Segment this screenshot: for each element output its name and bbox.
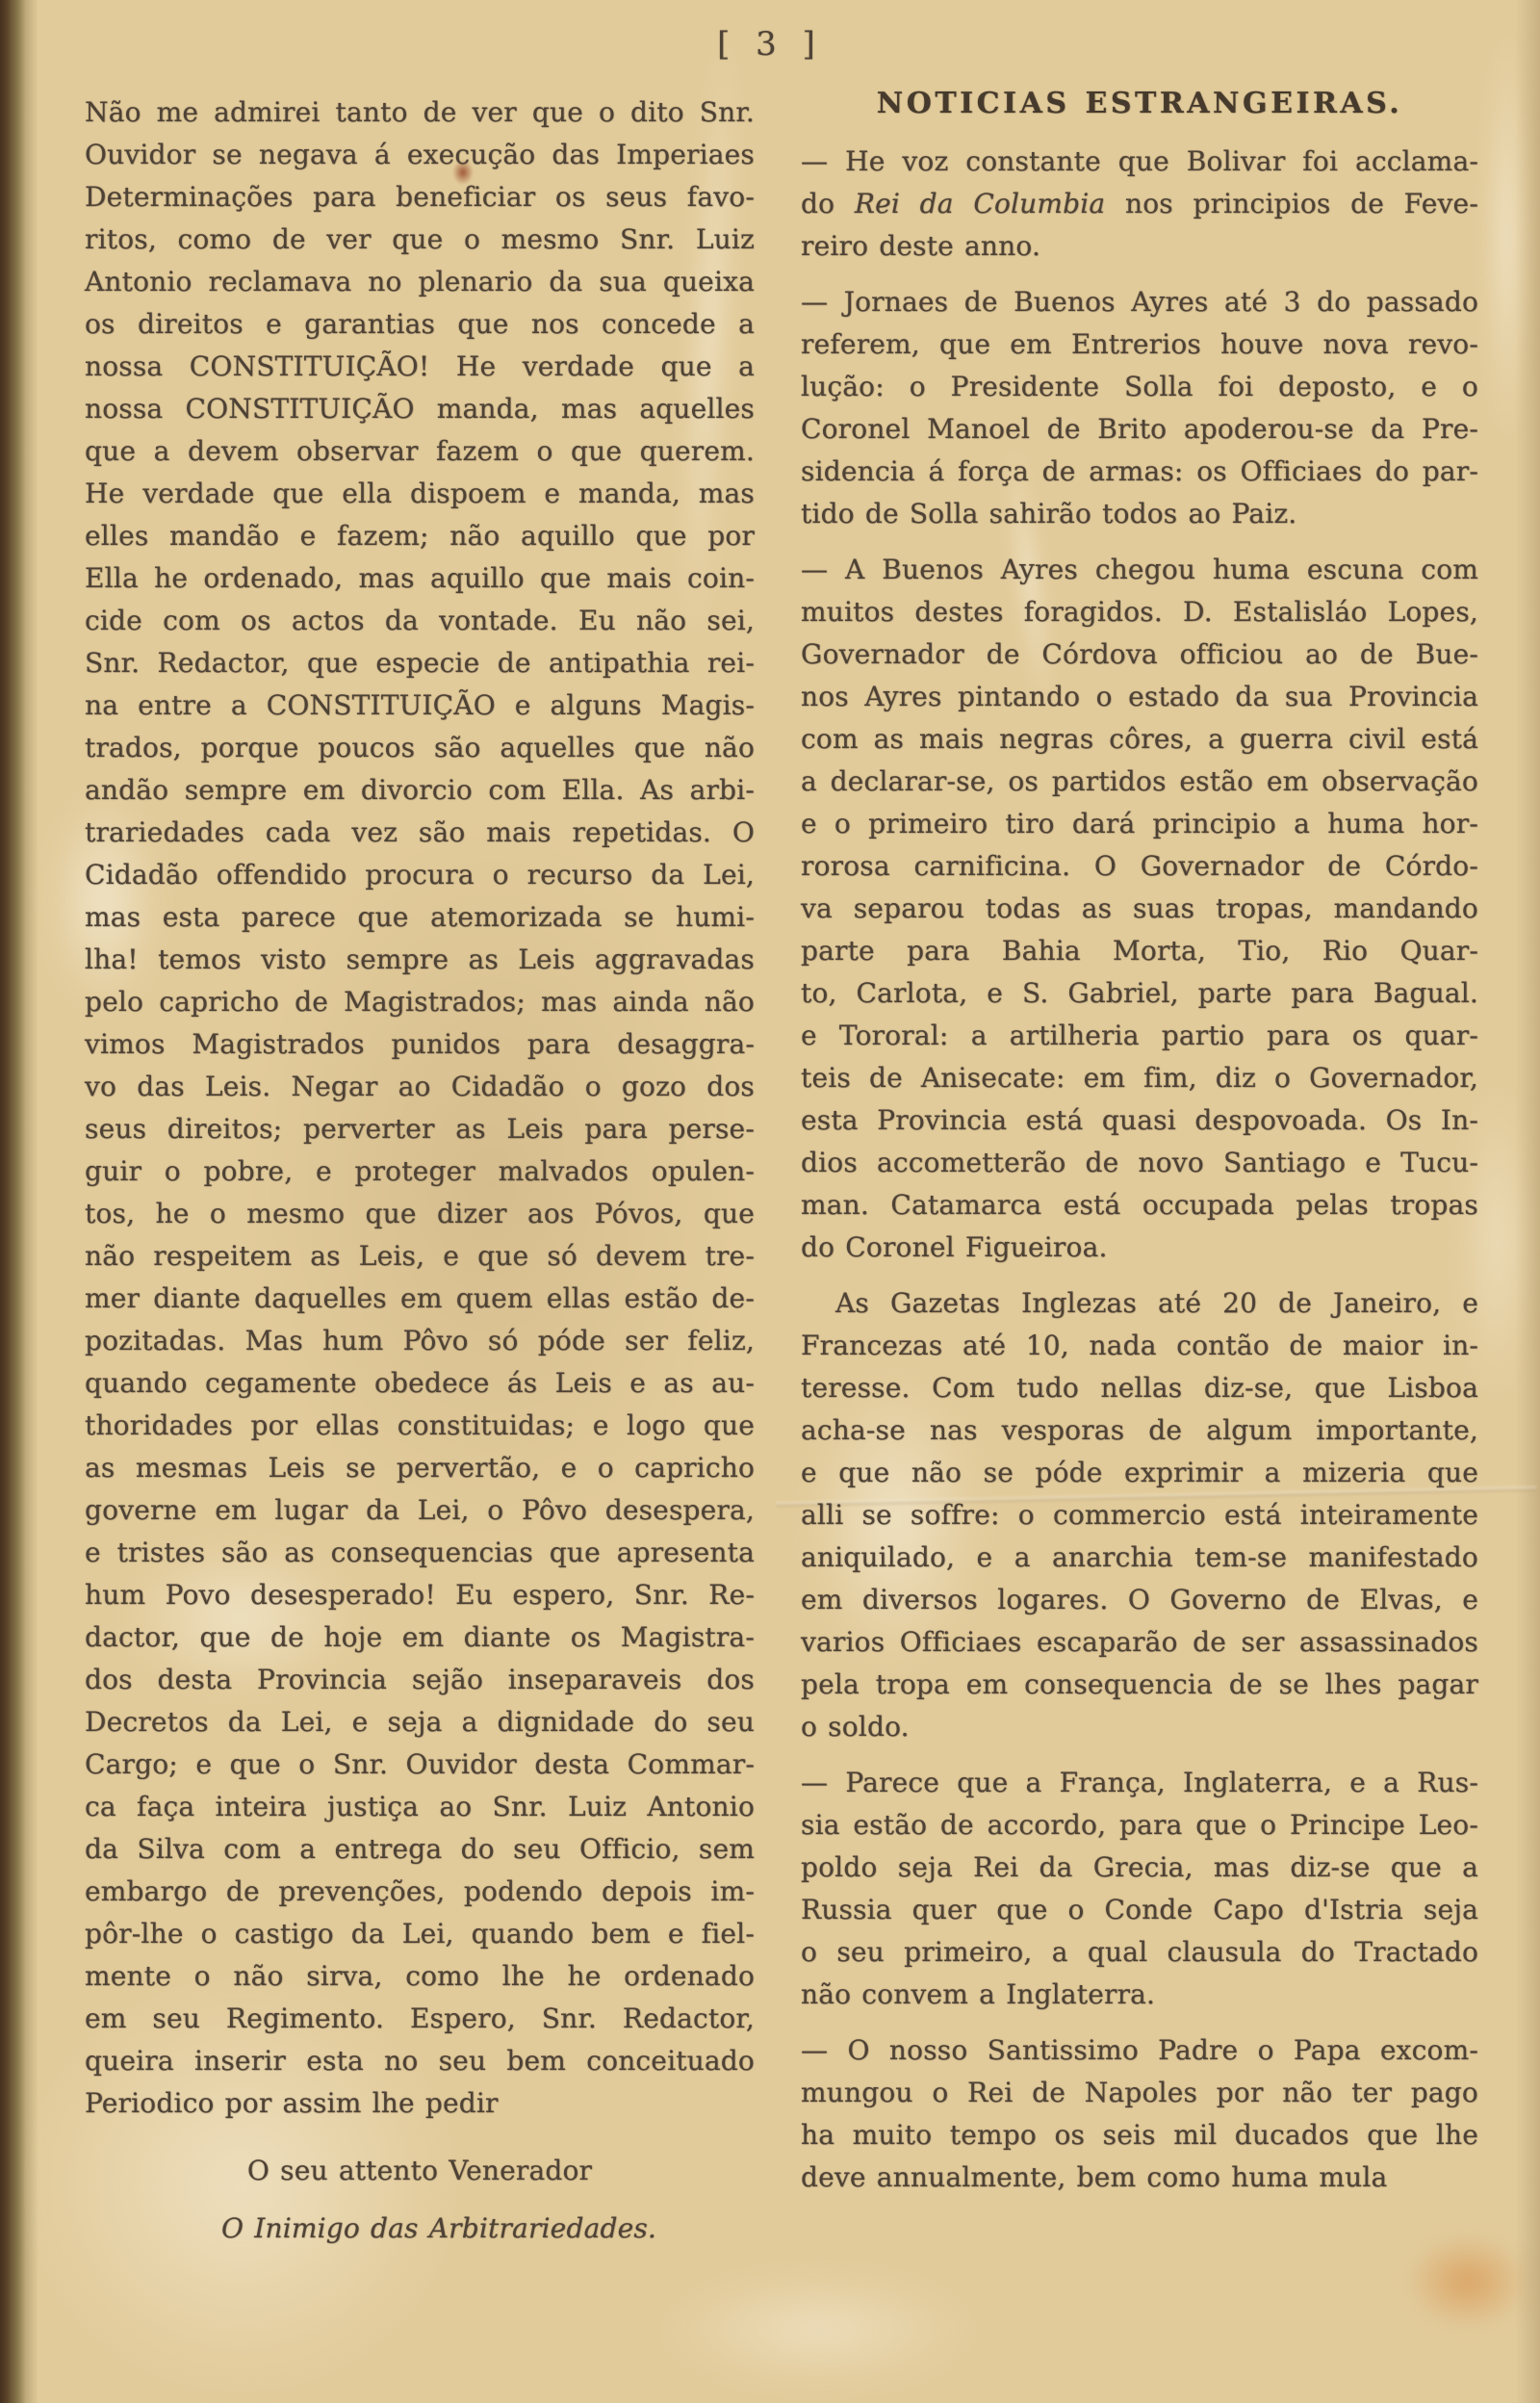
text-line: pozitadas. Mas hum Pôvo só póde ser feli… <box>85 1320 755 1362</box>
text-line: na entre a CONSTITUIÇÃO e alguns Magis- <box>85 685 755 727</box>
text-line: Francezas até 10, nada contão de maior i… <box>801 1325 1478 1367</box>
text-line: andão sempre em divorcio com Ella. As ar… <box>85 769 755 812</box>
text-line: to, Carlota, e S. Gabriel, parte para Ba… <box>801 972 1478 1015</box>
text-line: mungou o Rei de Napoles por não ter pago <box>801 2072 1478 2114</box>
text-line: elles mandão e fazem; não aquillo que po… <box>85 515 755 557</box>
text-line: com as mais negras côres, a guerra civil… <box>801 718 1478 761</box>
text-line: referem, que em Entrerios houve nova rev… <box>801 323 1478 366</box>
text-line: Determinações para beneficiar os seus fa… <box>85 176 755 219</box>
text-line: dios accometterão de novo Santiago e Tuc… <box>801 1142 1478 1184</box>
text-line: não convem a Inglaterra. <box>801 1974 1478 2016</box>
text-line: mer diante daquelles em quem ellas estão… <box>85 1278 755 1320</box>
paragraph: — Jornaes de Buenos Ayres até 3 do passa… <box>801 281 1478 535</box>
text-line: os direitos e garantias que nos concede … <box>85 303 755 346</box>
text-line: Ella he ordenado, mas aquillo que mais c… <box>85 557 755 600</box>
text-line: lução: o Presidente Solla foi deposto, e… <box>801 366 1478 408</box>
section-header: NOTICIAS ESTRANGEIRAS. <box>801 83 1478 125</box>
text-line: deve annualmente, bem como huma mula <box>801 2157 1478 2199</box>
paragraph: As Gazetas Inglezas até 20 de Janeiro, e… <box>801 1282 1478 1748</box>
text-line: poldo seja Rei da Grecia, mas diz-se que… <box>801 1847 1478 1889</box>
text-line: tido de Solla sahirão todos ao Paiz. <box>801 493 1478 535</box>
text-line: Periodico por assim lhe pedir <box>85 2082 755 2125</box>
text-line: nossa CONSTITUIÇÃO! He verdade que a <box>85 346 755 388</box>
text-line: mas esta parece que atemorizada se humi- <box>85 896 755 939</box>
text-line: que a devem observar fazem o que querem. <box>85 430 755 473</box>
book-binding-edge <box>0 0 38 2403</box>
paragraph: — O nosso Santissimo Padre o Papa excom-… <box>801 2029 1478 2199</box>
text-line: do Coronel Figueiroa. <box>801 1227 1478 1269</box>
text-line: da Silva com a entrega do seu Officio, s… <box>85 1828 755 1871</box>
text-line: teresse. Com tudo nellas diz-se, que Lis… <box>801 1367 1478 1409</box>
text-line: man. Catamarca está occupada pelas tropa… <box>801 1184 1478 1227</box>
text-line: quando cegamente obedece ás Leis e as au… <box>85 1362 755 1405</box>
page-right-edge <box>1515 0 1540 2403</box>
text-line: ha muito tempo os seis mil ducados que l… <box>801 2114 1478 2157</box>
text-line: e tristes são as consequencias que apres… <box>85 1532 755 1574</box>
text-line: — He voz constante que Bolivar foi accla… <box>801 141 1478 183</box>
right-column: NOTICIAS ESTRANGEIRAS. — He voz constant… <box>801 83 1478 2199</box>
text-line: Russia quer que o Conde Capo d'Istria se… <box>801 1889 1478 1931</box>
text-line: em seu Regimento. Espero, Snr. Redactor, <box>85 1998 755 2040</box>
text-line: sidencia á força de armas: os Officiaes … <box>801 451 1478 493</box>
text-line: seus direitos; perverter as Leis para pe… <box>85 1108 755 1150</box>
text-line: Ouvidor se negava á execução das Imperia… <box>85 134 755 176</box>
text-line: sia estão de accordo, para que o Princip… <box>801 1804 1478 1847</box>
paragraph: Não me admirei tanto de ver que o dito S… <box>85 91 755 2125</box>
text-line: e que não se póde exprimir a mizeria que <box>801 1452 1478 1494</box>
text-line: — Jornaes de Buenos Ayres até 3 do passa… <box>801 281 1478 323</box>
text-line: vo das Leis. Negar ao Cidadão o gozo dos <box>85 1066 755 1108</box>
text-line: pôr-lhe o castigo da Lei, quando bem e f… <box>85 1913 755 1955</box>
letter-closing: O seu attento VeneradorO Inimigo das Arb… <box>85 2150 755 2250</box>
text-line: queira inserir esta no seu bem conceitua… <box>85 2040 755 2082</box>
text-line: lha! temos visto sempre as Leis aggravad… <box>85 939 755 981</box>
paragraph: — Parece que a França, Inglaterra, e a R… <box>801 1762 1478 2016</box>
text-line: ca faça inteira justiça ao Snr. Luiz Ant… <box>85 1786 755 1828</box>
signature-line: O Inimigo das Arbitrariedades. <box>85 2208 755 2250</box>
text-line: rorosa carnificina. O Governador de Córd… <box>801 845 1478 888</box>
text-line: — A Buenos Ayres chegou huma escuna com <box>801 549 1478 591</box>
text-line: Cargo; e que o Snr. Ouvidor desta Commar… <box>85 1744 755 1786</box>
paragraph: — He voz constante que Bolivar foi accla… <box>801 141 1478 268</box>
text-line: dactor, que de hoje em diante os Magistr… <box>85 1616 755 1659</box>
text-line: ritos, como de ver que o mesmo Snr. Luiz <box>85 219 755 261</box>
text-line: As Gazetas Inglezas até 20 de Janeiro, e <box>801 1282 1478 1325</box>
text-line: — O nosso Santissimo Padre o Papa excom- <box>801 2029 1478 2072</box>
text-line: tos, he o mesmo que dizer aos Póvos, que <box>85 1193 755 1235</box>
text-line: e Tororal: a artilheria partio para os q… <box>801 1015 1478 1057</box>
text-line: alli se soffre: o commercio está inteira… <box>801 1494 1478 1537</box>
left-column: Não me admirei tanto de ver que o dito S… <box>85 91 755 2250</box>
text-line: pela tropa em consequencia de se lhes pa… <box>801 1664 1478 1706</box>
text-line: parte para Bahia Morta, Tio, Rio Quar- <box>801 930 1478 972</box>
text-line: Governador de Córdova officiou ao de Bue… <box>801 633 1478 676</box>
text-line: embargo de prevenções, podendo depois im… <box>85 1871 755 1913</box>
text-line: em diversos logares. O Governo de Elvas,… <box>801 1579 1478 1621</box>
text-line: reiro deste anno. <box>801 225 1478 268</box>
text-line: acha-se nas vesporas de algum importante… <box>801 1409 1478 1452</box>
text-line: Cidadão offendido procura o recurso da L… <box>85 854 755 896</box>
text-line: nos Ayres pintando o estado da sua Provi… <box>801 676 1478 718</box>
closing-salutation: O seu attento Venerador <box>85 2150 755 2192</box>
text-line: nossa CONSTITUIÇÃO manda, mas aquelles <box>85 388 755 430</box>
right-column-body: — He voz constante que Bolivar foi accla… <box>801 141 1478 2199</box>
text-line: hum Povo desesperado! Eu espero, Snr. Re… <box>85 1574 755 1616</box>
text-line: Coronel Manoel de Brito apoderou-se da P… <box>801 408 1478 451</box>
text-line: teis de Anisecate: em fim, diz o Governa… <box>801 1057 1478 1099</box>
text-line: va separou todas as suas tropas, mandand… <box>801 888 1478 930</box>
text-line: mente o não sirva, como lhe he ordenado <box>85 1955 755 1998</box>
text-line: — Parece que a França, Inglaterra, e a R… <box>801 1762 1478 1804</box>
text-line: guir o pobre, e proteger malvados opulen… <box>85 1150 755 1193</box>
text-line: Snr. Redactor, que especie de antipathia… <box>85 642 755 685</box>
page-number: [ 3 ] <box>0 25 1540 64</box>
text-line: aniquilado, e a anarchia tem-se manifest… <box>801 1537 1478 1579</box>
text-line: Decretos da Lei, e seja a dignidade do s… <box>85 1701 755 1744</box>
text-line: thoridades por ellas constituidas; e log… <box>85 1405 755 1447</box>
text-line: trados, porque poucos são aquelles que n… <box>85 727 755 769</box>
text-line: vimos Magistrados punidos para desaggra- <box>85 1023 755 1066</box>
text-line: dos desta Provincia sejão inseparaveis d… <box>85 1659 755 1701</box>
text-line: pelo capricho de Magistrados; mas ainda … <box>85 981 755 1023</box>
text-line: o seu primeiro, a qual clausula do Tract… <box>801 1931 1478 1974</box>
text-line: Não me admirei tanto de ver que o dito S… <box>85 91 755 134</box>
text-line: trariedades cada vez são mais repetidas.… <box>85 812 755 854</box>
text-line: muitos destes foragidos. D. Estalisláo L… <box>801 591 1478 633</box>
text-line: He verdade que ella dispoem e manda, mas <box>85 473 755 515</box>
text-line: o soldo. <box>801 1706 1478 1748</box>
text-line: Antonio reclamava no plenario da sua que… <box>85 261 755 303</box>
text-line: governe em lugar da Lei, o Pôvo desesper… <box>85 1489 755 1532</box>
text-line: não respeitem as Leis, e que só devem tr… <box>85 1235 755 1278</box>
text-line: esta Provincia está quasi despovoada. Os… <box>801 1099 1478 1142</box>
text-line: do Rei da Columbia nos principios de Fev… <box>801 183 1478 225</box>
paragraph: — A Buenos Ayres chegou huma escuna comm… <box>801 549 1478 1269</box>
text-line: as mesmas Leis se pervertão, e o caprich… <box>85 1447 755 1489</box>
text-line: e o primeiro tiro dará principio a huma … <box>801 803 1478 845</box>
text-line: varios Officiaes escaparão de ser assass… <box>801 1621 1478 1664</box>
text-line: a declarar-se, os partidos estão em obse… <box>801 761 1478 803</box>
text-line: cide com os actos da vontade. Eu não sei… <box>85 600 755 642</box>
